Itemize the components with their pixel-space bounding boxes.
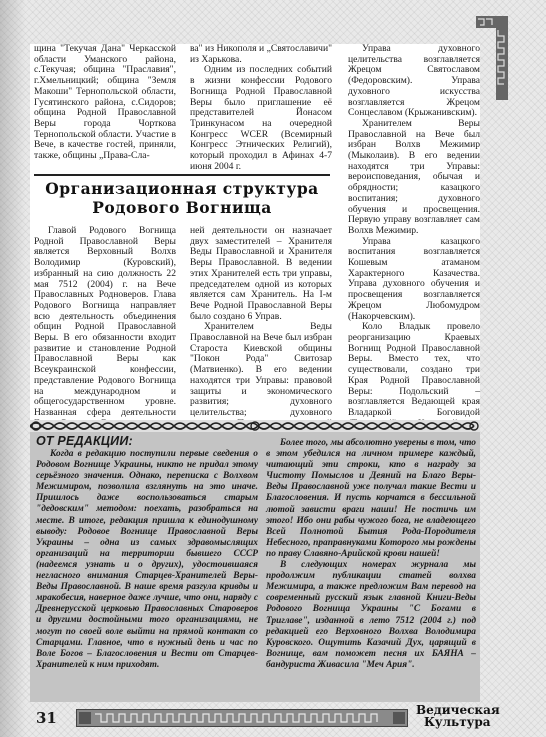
article-column-2-top: ва" из Никополя и „Святославичи" из Харь… [190, 44, 332, 172]
paragraph: Одним из последних событий в жизни конфе… [190, 65, 332, 172]
heading-line-1: Организационная структура [34, 179, 330, 198]
paragraph: ней деятельности он назначает двух замес… [190, 226, 332, 322]
magazine-logo: Ведическая Культура [416, 704, 500, 728]
paragraph: Управа казацкого воспитания возглавляетс… [348, 237, 480, 323]
paragraph: Хранителем Веры Православной на Вече был… [348, 119, 480, 237]
paragraph: Более того, мы абсолютно уверены в том, … [266, 438, 476, 560]
logo-line-2: Культура [416, 716, 500, 728]
paragraph: щина "Текучая Дана" Черкасской области У… [34, 44, 176, 162]
page-footer: 31 Ведическая Культура [0, 700, 546, 737]
paragraph: Управа духовного целительства возглавляе… [348, 44, 480, 119]
article-column-1-top: щина "Текучая Дана" Черкасской области У… [34, 44, 176, 162]
article-column-1-bottom: Главой Родового Вогнища Родной Православ… [34, 226, 176, 440]
editorial-note-box: ОТ РЕДАКЦИИ: Когда в редакцию поступили … [30, 432, 480, 702]
heading-line-2: Родового Вогнища [34, 198, 330, 217]
meander-corner-ornament-icon [476, 16, 508, 100]
editorial-title: ОТ РЕДАКЦИИ: [36, 434, 133, 448]
section-divider [34, 174, 330, 176]
paragraph: В следующих номерах журнала мы продолжим… [266, 560, 476, 671]
page-number: 31 [36, 709, 57, 727]
section-heading: Организационная структура Родового Вогни… [34, 179, 330, 217]
paragraph: ва" из Никополя и „Святославичи" из Харь… [190, 44, 332, 65]
editorial-column-2: Более того, мы абсолютно уверены в том, … [266, 438, 476, 671]
editorial-column-1: Когда в редакцию поступили первые сведен… [36, 449, 258, 671]
paragraph: Когда в редакцию поступили первые сведен… [36, 449, 258, 671]
article-column-3: Управа духовного целительства возглавляе… [348, 44, 480, 483]
page-spine-shadow [0, 0, 26, 737]
article-body: щина "Текучая Дана" Черкасской области У… [30, 44, 480, 420]
article-column-2-bottom: ней деятельности он назначает двух замес… [190, 226, 332, 440]
swastika-meander-band-icon [76, 709, 408, 727]
celtic-knot-border-icon [30, 420, 480, 432]
paragraph: Главой Родового Вогнища Родной Православ… [34, 226, 176, 440]
